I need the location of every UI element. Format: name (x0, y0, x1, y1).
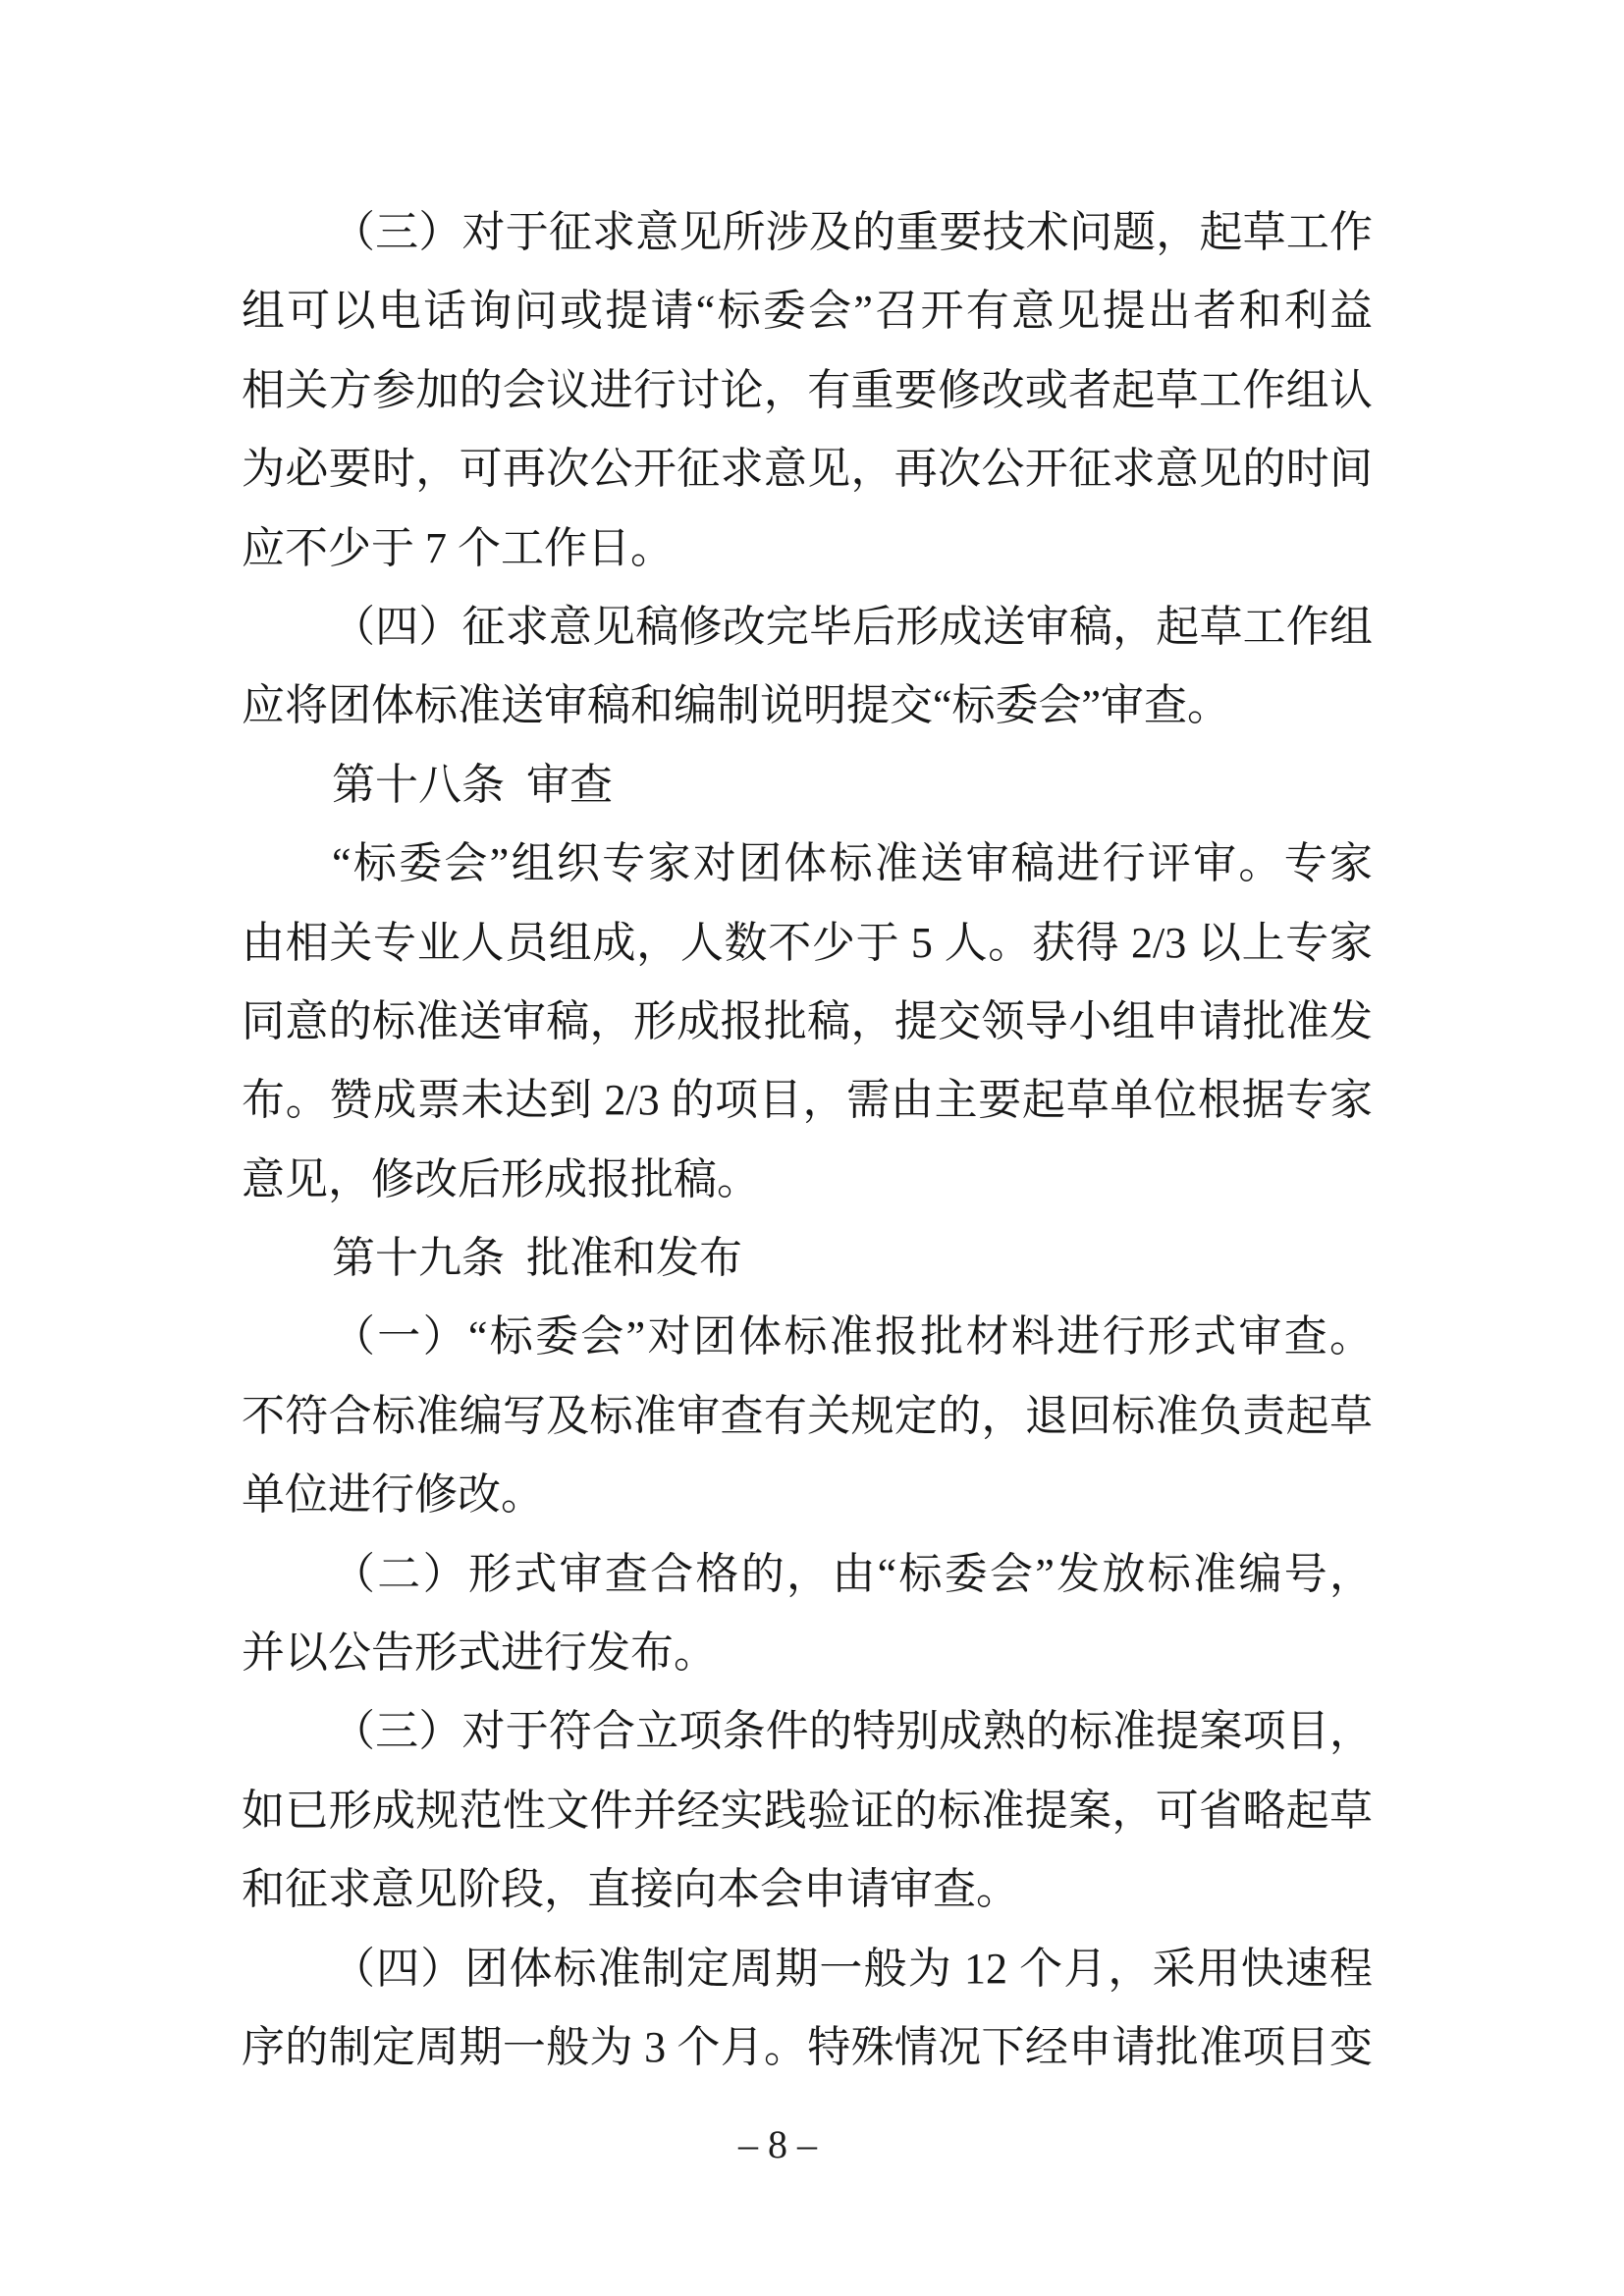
text-line-19: 并以公告形式进行发布。 (242, 1614, 1373, 1692)
page-number: – 8 – (738, 2122, 817, 2166)
text-line-22: 和征求意见阶段，直接向本会申请审查。 (242, 1850, 1373, 1929)
text-line-24: 序的制定周期一般为 3 个月。特殊情况下经申请批准项目变 (242, 2008, 1373, 2087)
text-line-2: 组可以电话询问或提请“标委会”召开有意见提出者和利益 (242, 272, 1373, 350)
text-line-1: （三）对于征求意见所涉及的重要技术问题，起草工作 (242, 193, 1373, 272)
text-line-18: （二）形式审查合格的，由“标委会”发放标准编号， (242, 1535, 1373, 1614)
text-line-10: 由相关专业人员组成，人数不少于 5 人。获得 2/3 以上专家 (242, 904, 1373, 983)
page-footer: – 8 – (0, 2122, 1555, 2167)
text-line-7: 应将团体标准送审稿和编制说明提交“标委会”审查。 (242, 667, 1373, 745)
clause-19-heading: 第十九条 批准和发布 (242, 1219, 1373, 1298)
text-line-13: 意见，修改后形成报批稿。 (242, 1141, 1373, 1219)
clause-18-heading: 第十八条 审查 (242, 746, 1373, 825)
text-line-23: （四）团体标准制定周期一般为 12 个月，采用快速程 (242, 1930, 1373, 2008)
text-line-9: “标委会”组织专家对团体标准送审稿进行评审。专家 (242, 825, 1373, 903)
text-line-3: 相关方参加的会议进行讨论，有重要修改或者起草工作组认 (242, 351, 1373, 430)
text-line-16: 不符合标准编写及标准审查有关规定的，退回标准负责起草 (242, 1377, 1373, 1456)
text-line-11: 同意的标准送审稿，形成报批稿，提交领导小组申请批准发 (242, 983, 1373, 1061)
document-body: （三）对于征求意见所涉及的重要技术问题，起草工作 组可以电话询问或提请“标委会”… (242, 193, 1373, 2087)
text-line-5: 应不少于 7 个工作日。 (242, 509, 1373, 588)
text-line-17: 单位进行修改。 (242, 1456, 1373, 1534)
text-line-15: （一）“标委会”对团体标准报批材料进行形式审查。 (242, 1298, 1373, 1376)
text-line-21: 如已形成规范性文件并经实践验证的标准提案，可省略起草 (242, 1772, 1373, 1850)
text-line-12: 布。赞成票未达到 2/3 的项目，需由主要起草单位根据专家 (242, 1061, 1373, 1140)
text-line-20: （三）对于符合立项条件的特别成熟的标准提案项目， (242, 1692, 1373, 1771)
text-line-6: （四）征求意见稿修改完毕后形成送审稿，起草工作组 (242, 588, 1373, 667)
text-line-4: 为必要时，可再次公开征求意见，再次公开征求意见的时间 (242, 430, 1373, 508)
document-page: （三）对于征求意见所涉及的重要技术问题，起草工作 组可以电话询问或提请“标委会”… (0, 0, 1624, 2296)
